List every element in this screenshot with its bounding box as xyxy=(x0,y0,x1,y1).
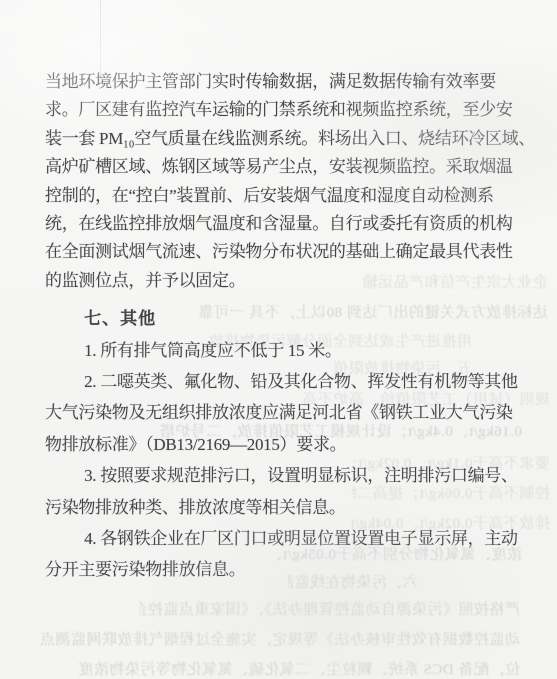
item-line: 3. 按照要求规范排污口，设置明显标识，注明排污口编号、 xyxy=(45,460,519,491)
item-line: 大气污染物及无组织排放浓度应满足河北省《钢铁工业大气污染 xyxy=(45,397,519,428)
paragraph-line: 求。厂区建有监控汽车运输的门禁系统和视频监控系统，至少安 xyxy=(45,96,519,124)
paragraph-line: 高炉矿槽区域、炼钢区域等易产尘点，安装视频监控。采取烟温 xyxy=(45,153,519,181)
bleed-line: 位，配备 DCS 系统、颗粒尘、二氧化硫、氮氧化物等污染物浓度 xyxy=(35,658,520,679)
item-line: 分开主要污染物排放信息。 xyxy=(45,554,519,585)
scanned-document-page: 企业大宗生产信和产品运输 达标排放方式关键的出厂达到 80以上，不具 一可靠 用… xyxy=(0,0,557,679)
item-line: 1. 所有排气筒高度应不低于 15 米。 xyxy=(45,335,519,366)
paragraph-line: 在全面测试烟气流速、污染物分布状况的基础上确定最具代表性 xyxy=(45,238,519,266)
paragraph-line: 统，在线监控排放烟气温度和含湿量。自行或委托有资质的机构 xyxy=(45,210,519,238)
item-line: 物排放标准》（DB13/2169—2015）要求。 xyxy=(45,429,519,460)
bleed-line: 严格按照《污染源自动监控管理办法》、《国家重点监控企业自 xyxy=(140,598,520,619)
document-body: 当地环境保护主管部门实时传输数据，满足数据传输有效率要 求。厂区建有监控汽车运输… xyxy=(45,68,519,586)
paragraph-line: 的监测位点，并予以固定。 xyxy=(45,267,519,295)
item-line: 4. 各钢铁企业在厂区门口或明显位置设置电子显示屏，主动 xyxy=(45,523,519,554)
paragraph-line: 装一套 PM₁₀空气质量在线监测系统。料场出入口、烧结环冷区域、 xyxy=(45,125,519,153)
section-heading: 七、其他 xyxy=(45,303,519,335)
paragraph-line: 当地环境保护主管部门实时传输数据，满足数据传输有效率要 xyxy=(45,68,519,96)
item-line: 2. 二噁英类、氟化物、铅及其化合物、挥发性有机物等其他 xyxy=(45,366,519,397)
paragraph-line: 控制的，在“控白”装置前、后安装烟气温度和湿度自动检测系 xyxy=(45,182,519,210)
item-line: 污染物排放种类、排放浓度等相关信息。 xyxy=(45,492,519,523)
bleed-line: 动监控数据有效性审核办法》等规定，实施全过程烟气排放联网监测点 xyxy=(35,628,520,649)
